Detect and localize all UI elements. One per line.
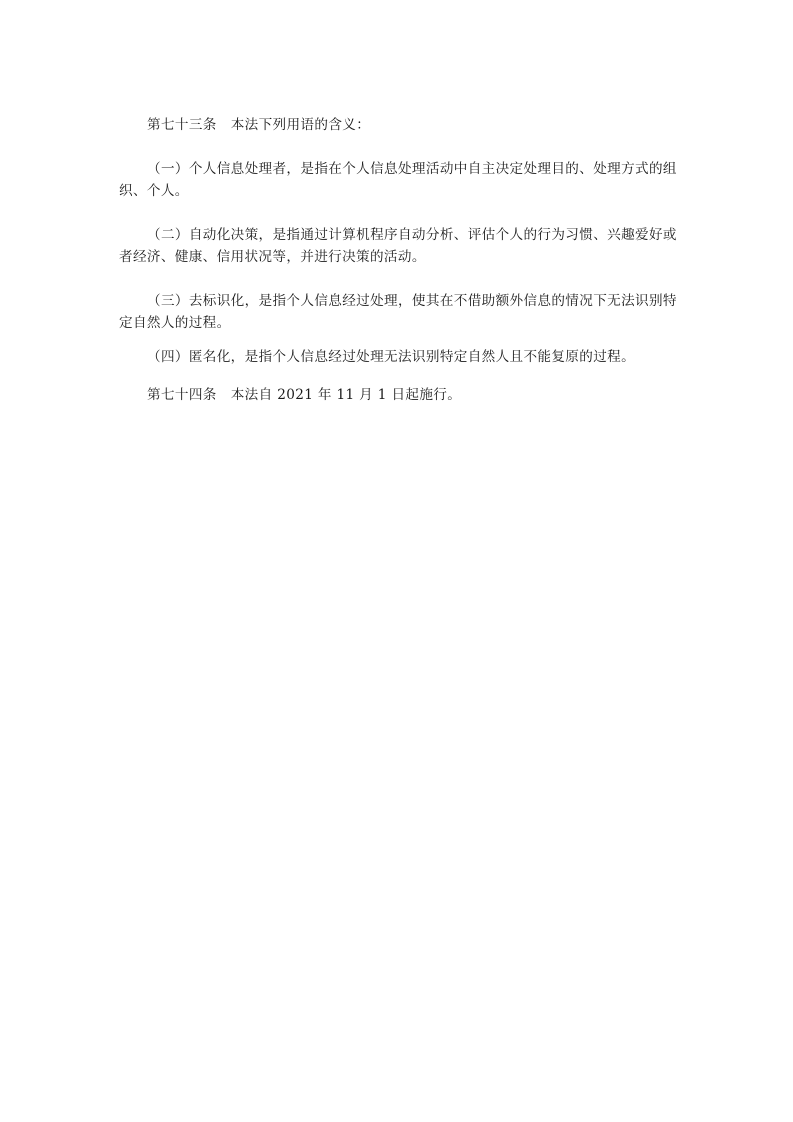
article-74-paragraph: 第七十四条本法自 2021 年 11 月 1 日起施行。 xyxy=(119,384,679,406)
article-73-text: 本法下列用语的含义： xyxy=(231,117,370,133)
article-73-label: 第七十三条 xyxy=(147,117,217,133)
definition-3: （三）去标识化，是指个人信息经过处理，使其在不借助额外信息的情况下无法识别特定自… xyxy=(119,290,679,334)
article-73-heading: 第七十三条本法下列用语的含义： xyxy=(119,114,679,136)
definition-4: （四）匿名化，是指个人信息经过处理无法识别特定自然人且不能复原的过程。 xyxy=(119,346,679,368)
document-page: 第七十三条本法下列用语的含义： （一）个人信息处理者，是指在个人信息处理活动中自… xyxy=(0,0,793,1122)
article-74-text: 本法自 2021 年 11 月 1 日起施行。 xyxy=(231,387,461,403)
definition-1: （一）个人信息处理者，是指在个人信息处理活动中自主决定处理目的、处理方式的组织、… xyxy=(119,158,679,202)
article-74-label: 第七十四条 xyxy=(147,387,217,403)
definition-2: （二）自动化决策，是指通过计算机程序自动分析、评估个人的行为习惯、兴趣爱好或者经… xyxy=(119,224,679,268)
